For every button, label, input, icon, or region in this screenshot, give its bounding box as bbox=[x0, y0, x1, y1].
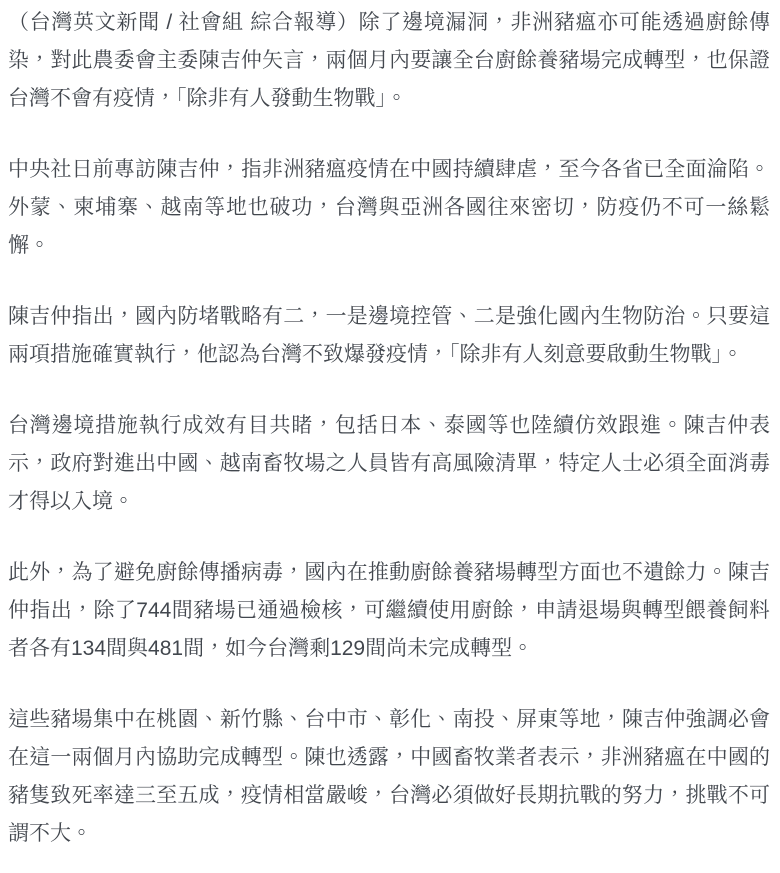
article-paragraph-4: 台灣邊境措施執行成效有目共睹，包括日本、泰國等也陸續仿效跟進。陳吉仲表示，政府對… bbox=[8, 407, 770, 521]
article-paragraph-3: 陳吉仲指出，國內防堵戰略有二，一是邊境控管、二是強化國內生物防治。只要這兩項措施… bbox=[8, 298, 770, 374]
article-paragraph-5: 此外，為了避免廚餘傳播病毒，國內在推動廚餘養豬場轉型方面也不遺餘力。陳吉仲指出，… bbox=[8, 554, 770, 668]
article-paragraph-2: 中央社日前專訪陳吉仲，指非洲豬瘟疫情在中國持續肆虐，至今各省已全面淪陷。外蒙、柬… bbox=[8, 151, 770, 265]
article-paragraph-1: （台灣英文新聞 / 社會組 綜合報導）除了邊境漏洞，非洲豬瘟亦可能透過廚餘傳染，… bbox=[8, 4, 770, 118]
article-paragraph-6: 這些豬場集中在桃園、新竹縣、台中市、彰化、南投、屏東等地，陳吉仲強調必會在這一兩… bbox=[8, 701, 770, 853]
article-body: （台灣英文新聞 / 社會組 綜合報導）除了邊境漏洞，非洲豬瘟亦可能透過廚餘傳染，… bbox=[0, 0, 780, 873]
